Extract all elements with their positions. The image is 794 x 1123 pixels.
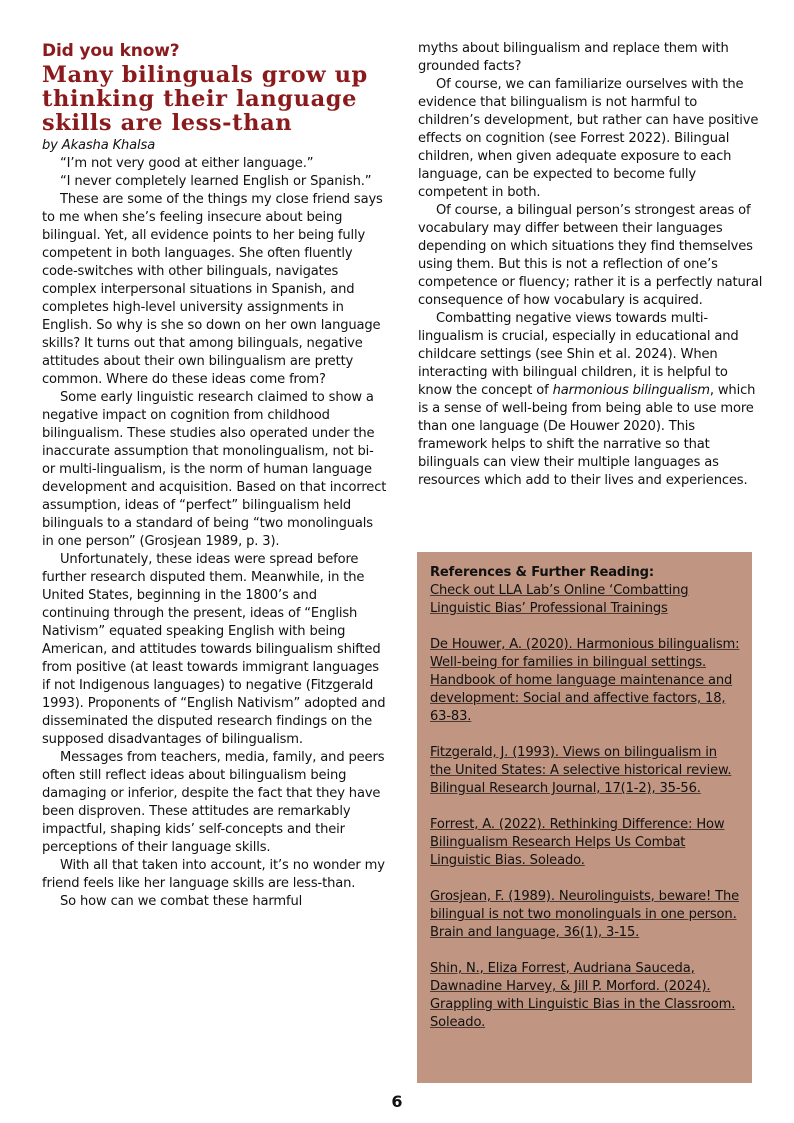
body-paragraph: These are some of the things my close fr… xyxy=(42,191,387,389)
body-paragraph: Unfortunately, these ideas were spread b… xyxy=(42,551,387,749)
quote-paragraph: “I never completely learned English or S… xyxy=(42,173,387,191)
body-paragraph-continued: myths about bilingualism and replace the… xyxy=(418,40,763,76)
article-left-column: Did you know? Many bilinguals grow up th… xyxy=(42,40,387,911)
body-paragraph: With all that taken into account, it’s n… xyxy=(42,857,387,893)
reference-link-fitzgerald[interactable]: Fitzgerald, J. (1993). Views on bilingua… xyxy=(430,744,740,798)
body-paragraph: Of course, we can familiarize ourselves … xyxy=(418,76,763,202)
body-text: , which is a sense of well-being from be… xyxy=(418,383,755,488)
body-paragraph: Messages from teachers, media, family, a… xyxy=(42,749,387,857)
article-right-column: myths about bilingualism and replace the… xyxy=(418,40,763,490)
article-byline: by Akasha Khalsa xyxy=(42,137,387,155)
body-paragraph: So how can we combat these harmful xyxy=(42,893,387,911)
article-headline: Many bilinguals grow up thinking their l… xyxy=(42,63,387,135)
reference-link-training[interactable]: Check out LLA Lab’s Online ‘Combatting L… xyxy=(430,582,740,618)
reference-link-shin[interactable]: Shin, N., Eliza Forrest, Audriana Sauced… xyxy=(430,960,740,1032)
section-kicker: Did you know? xyxy=(42,40,387,62)
emphasized-term: harmonious bilingualism xyxy=(553,383,710,398)
page-number: 6 xyxy=(0,1092,794,1111)
reference-link-forrest[interactable]: Forrest, A. (2022). Rethinking Differenc… xyxy=(430,816,740,870)
quote-paragraph: “I’m not very good at either language.” xyxy=(42,155,387,173)
references-box: References & Further Reading: Check out … xyxy=(417,552,752,1083)
body-paragraph: Of course, a bilingual person’s stronges… xyxy=(418,202,763,310)
body-paragraph: Combatting negative views towards multi-… xyxy=(418,310,763,490)
reference-link-grosjean[interactable]: Grosjean, F. (1989). Neurolinguists, bew… xyxy=(430,888,740,942)
references-title: References & Further Reading: xyxy=(430,564,740,582)
reference-link-de-houwer[interactable]: De Houwer, A. (2020). Harmonious bilingu… xyxy=(430,636,740,726)
body-paragraph: Some early linguistic research claimed t… xyxy=(42,389,387,551)
